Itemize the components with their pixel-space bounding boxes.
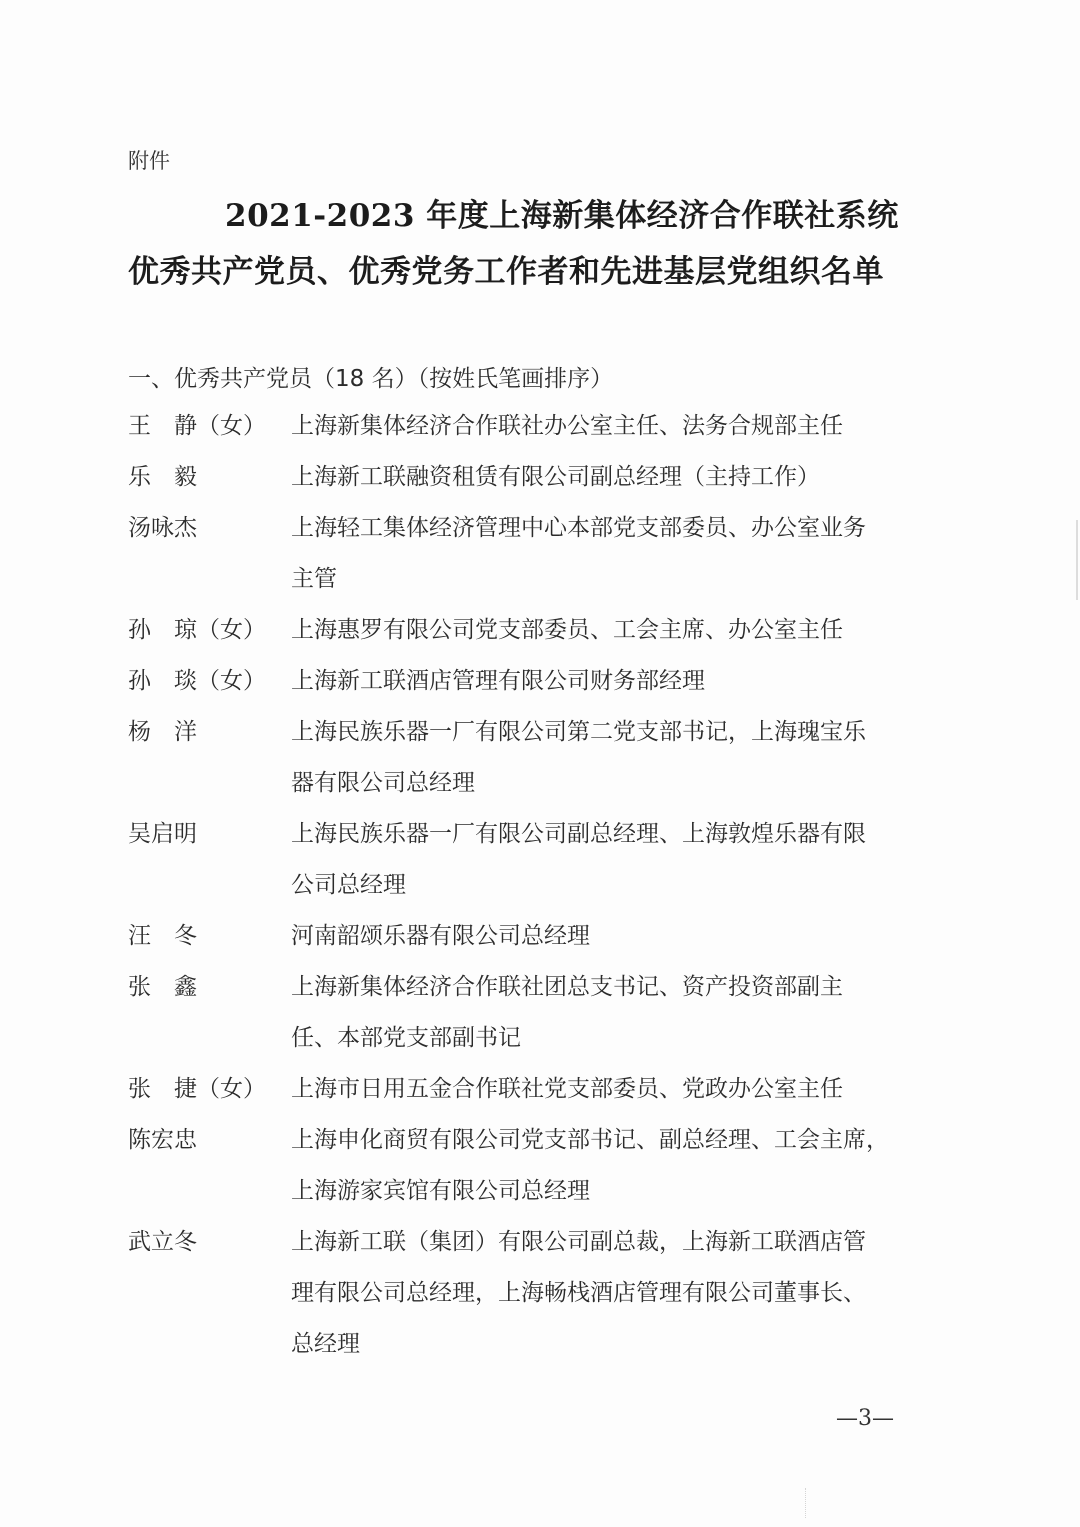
scan-edge-artifact <box>1076 520 1078 600</box>
description-line: 上海新工联（集团）有限公司副总裁，上海新工联酒店管 <box>291 1217 926 1268</box>
description-line: 上海新工联酒店管理有限公司财务部经理 <box>291 656 926 707</box>
description-line: 公司总经理 <box>291 860 926 911</box>
description-line: 上海申化商贸有限公司党支部书记、副总经理、工会主席， <box>291 1115 926 1166</box>
description-line: 河南韶颂乐器有限公司总经理 <box>291 911 926 962</box>
description-line: 上海游家宾馆有限公司总经理 <box>291 1166 926 1217</box>
member-description: 上海民族乐器一厂有限公司第二党支部书记，上海瑰宝乐 器有限公司总经理 <box>291 707 926 809</box>
member-name: 孙 琰（女） <box>128 656 288 707</box>
member-description: 上海惠罗有限公司党支部委员、工会主席、办公室主任 <box>291 605 926 656</box>
member-description: 上海新工联酒店管理有限公司财务部经理 <box>291 656 926 707</box>
scan-artifact <box>805 1488 816 1518</box>
member-name: 吴启明 <box>128 809 288 860</box>
description-line: 主管 <box>291 554 926 605</box>
member-name: 陈宏忠 <box>128 1115 288 1166</box>
description-line: 器有限公司总经理 <box>291 758 926 809</box>
description-line: 任、本部党支部副书记 <box>291 1013 926 1064</box>
description-line: 上海惠罗有限公司党支部委员、工会主席、办公室主任 <box>291 605 926 656</box>
member-name: 汤咏杰 <box>128 503 288 554</box>
member-description: 上海新工联融资租赁有限公司副总经理（主持工作） <box>291 452 926 503</box>
member-description: 上海民族乐器一厂有限公司副总经理、上海敦煌乐器有限 公司总经理 <box>291 809 926 911</box>
description-line: 总经理 <box>291 1319 926 1370</box>
member-description: 上海申化商贸有限公司党支部书记、副总经理、工会主席， 上海游家宾馆有限公司总经理 <box>291 1115 926 1217</box>
member-description: 上海新集体经济合作联社办公室主任、法务合规部主任 <box>291 401 926 452</box>
member-name: 王 静（女） <box>128 401 288 452</box>
member-name: 乐 毅 <box>128 452 288 503</box>
description-line: 上海新集体经济合作联社办公室主任、法务合规部主任 <box>291 401 926 452</box>
description-line: 理有限公司总经理，上海畅栈酒店管理有限公司董事长、 <box>291 1268 926 1319</box>
description-line: 上海轻工集体经济管理中心本部党支部委员、办公室业务 <box>291 503 926 554</box>
member-name: 张 捷（女） <box>128 1064 288 1115</box>
member-name: 杨 洋 <box>128 707 288 758</box>
member-name: 张 鑫 <box>128 962 288 1013</box>
description-line: 上海民族乐器一厂有限公司第二党支部书记，上海瑰宝乐 <box>291 707 926 758</box>
page-number: —3— <box>836 1406 894 1431</box>
description-line: 上海新工联融资租赁有限公司副总经理（主持工作） <box>291 452 926 503</box>
member-name: 武立冬 <box>128 1217 288 1268</box>
description-line: 上海市日用五金合作联社党支部委员、党政办公室主任 <box>291 1064 926 1115</box>
member-description: 上海轻工集体经济管理中心本部党支部委员、办公室业务 主管 <box>291 503 926 605</box>
member-description: 上海新集体经济合作联社团总支书记、资产投资部副主 任、本部党支部副书记 <box>291 962 926 1064</box>
member-name: 孙 琼（女） <box>128 605 288 656</box>
member-description: 河南韶颂乐器有限公司总经理 <box>291 911 926 962</box>
description-line: 上海民族乐器一厂有限公司副总经理、上海敦煌乐器有限 <box>291 809 926 860</box>
description-line: 上海新集体经济合作联社团总支书记、资产投资部副主 <box>291 962 926 1013</box>
member-name: 汪 冬 <box>128 911 288 962</box>
member-description: 上海新工联（集团）有限公司副总裁，上海新工联酒店管 理有限公司总经理，上海畅栈酒… <box>291 1217 926 1370</box>
document-title-line2: 优秀共产党员、优秀党务工作者和先进基层党组织名单 <box>128 246 884 291</box>
member-description: 上海市日用五金合作联社党支部委员、党政办公室主任 <box>291 1064 926 1115</box>
attachment-label: 附件 <box>128 145 170 175</box>
document-title-line1: 2021-2023 年度上海新集体经济合作联社系统 <box>225 190 899 235</box>
document-page: 附件 2021-2023 年度上海新集体经济合作联社系统 优秀共产党员、优秀党务… <box>0 0 1080 1527</box>
section-heading-excellent-members: 一、优秀共产党员（18 名）（按姓氏笔画排序） <box>128 360 613 393</box>
